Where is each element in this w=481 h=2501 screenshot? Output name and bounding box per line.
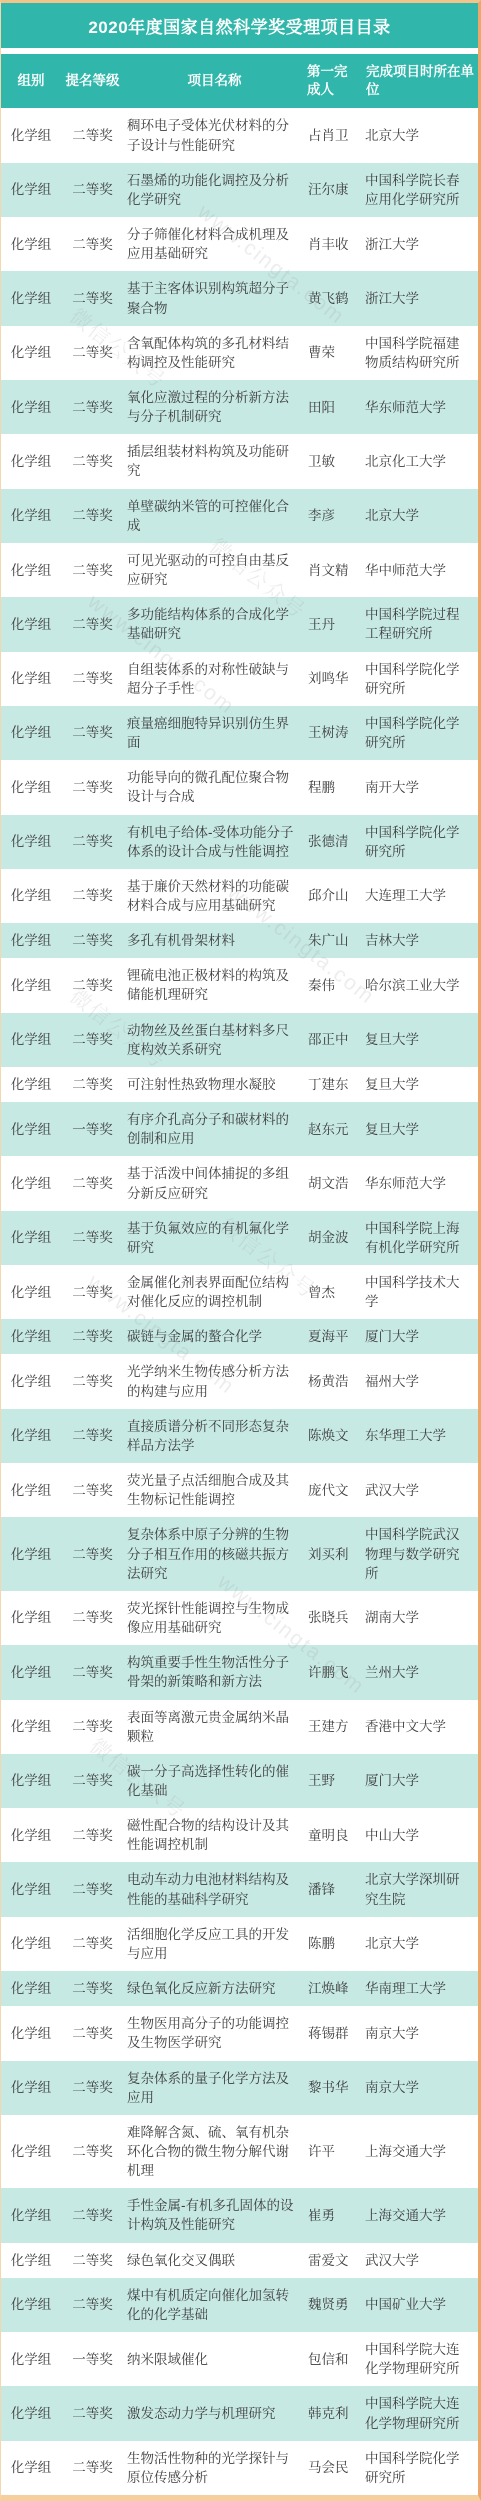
unit-cell: 兰州大学 xyxy=(362,1645,478,1699)
unit-cell: 中国科学院化学研究所 xyxy=(362,706,478,760)
person-cell: 黎书华 xyxy=(305,2061,362,2115)
unit-cell: 武汉大学 xyxy=(362,2243,478,2278)
unit-cell: 中国矿业大学 xyxy=(362,2278,478,2332)
award-cell: 二等奖 xyxy=(61,760,124,814)
project-cell: 可见光驱动的可控自由基反应研究 xyxy=(124,543,305,597)
person-cell: 蒋锡群 xyxy=(305,2006,362,2060)
group-cell: 化学组 xyxy=(1,1971,61,2006)
unit-cell: 中国科学技术大学 xyxy=(362,1265,478,1319)
person-cell: 雷爱文 xyxy=(305,2243,362,2278)
table-row: 化学组 二等奖 难降解含氮、硫、氧有机杂环化合物的微生物分解代谢机理 许平 上海… xyxy=(1,2115,478,2188)
unit-cell: 复旦大学 xyxy=(362,1102,478,1156)
column-header-unit: 完成项目时所在单位 xyxy=(362,54,478,108)
unit-cell: 北京大学 xyxy=(362,489,478,543)
project-cell: 含氧配体构筑的多孔材料结构调控及性能研究 xyxy=(124,326,305,380)
unit-cell: 中国科学院福建物质结构研究所 xyxy=(362,326,478,380)
group-cell: 化学组 xyxy=(1,2061,61,2115)
table-row: 化学组 二等奖 分子筛催化材料合成机理及应用基础研究 肖丰收 浙江大学 xyxy=(1,217,478,271)
unit-cell: 中国科学院过程工程研究所 xyxy=(362,597,478,651)
group-cell: 化学组 xyxy=(1,1067,61,1102)
table-row: 化学组 二等奖 含氧配体构筑的多孔材料结构调控及性能研究 曹荣 中国科学院福建物… xyxy=(1,326,478,380)
unit-cell: 南京大学 xyxy=(362,2006,478,2060)
project-cell: 绿色氧化交叉偶联 xyxy=(124,2243,305,2278)
award-cell: 二等奖 xyxy=(61,652,124,706)
person-cell: 黄飞鹤 xyxy=(305,271,362,325)
table-row: 化学组 二等奖 表面等离激元贵金属纳米晶颗粒 王建方 香港中文大学 xyxy=(1,1700,478,1754)
project-cell: 单壁碳纳米管的可控催化合成 xyxy=(124,489,305,543)
award-cell: 一等奖 xyxy=(61,2332,124,2386)
person-cell: 韩克利 xyxy=(305,2386,362,2440)
group-cell: 化学组 xyxy=(1,217,61,271)
table-row: 化学组 二等奖 生物活性物种的光学探针与原位传感分析 马会民 中国科学院化学研究… xyxy=(1,2441,478,2495)
person-cell: 占肖卫 xyxy=(305,108,362,162)
group-cell: 化学组 xyxy=(1,2243,61,2278)
table-row: 化学组 二等奖 功能导向的微孔配位聚合物设计与合成 程鹏 南开大学 xyxy=(1,760,478,814)
project-cell: 基于负氟效应的有机氟化学研究 xyxy=(124,1211,305,1265)
table-row: 化学组 二等奖 石墨烯的功能化调控及分析化学研究 汪尔康 中国科学院长春应用化学… xyxy=(1,163,478,217)
group-cell: 化学组 xyxy=(1,1102,61,1156)
group-cell: 化学组 xyxy=(1,2006,61,2060)
award-cell: 二等奖 xyxy=(61,1354,124,1408)
unit-cell: 中国科学院化学研究所 xyxy=(362,652,478,706)
unit-cell: 北京大学 xyxy=(362,108,478,162)
unit-cell: 复旦大学 xyxy=(362,1013,478,1067)
column-header-group: 组别 xyxy=(1,54,61,108)
unit-cell: 福州大学 xyxy=(362,1354,478,1408)
group-cell: 化学组 xyxy=(1,1409,61,1463)
person-cell: 童明良 xyxy=(305,1808,362,1862)
award-cell: 二等奖 xyxy=(61,2061,124,2115)
award-cell: 二等奖 xyxy=(61,1211,124,1265)
group-cell: 化学组 xyxy=(1,2278,61,2332)
header-row: 组别 提名等级 项目名称 第一完成人 完成项目时所在单位 xyxy=(1,54,478,108)
person-cell: 庞代文 xyxy=(305,1463,362,1517)
award-cell: 二等奖 xyxy=(61,2441,124,2495)
project-cell: 氧化应激过程的分析新方法与分子机制研究 xyxy=(124,380,305,434)
person-cell: 王树涛 xyxy=(305,706,362,760)
person-cell: 田阳 xyxy=(305,380,362,434)
project-cell: 动物丝及丝蛋白基材料多尺度构效关系研究 xyxy=(124,1013,305,1067)
award-cell: 二等奖 xyxy=(61,597,124,651)
award-cell: 二等奖 xyxy=(61,1265,124,1319)
award-cell: 二等奖 xyxy=(61,1591,124,1645)
project-cell: 有机电子给体-受体功能分子体系的设计合成与性能调控 xyxy=(124,815,305,869)
award-cell: 二等奖 xyxy=(61,1917,124,1971)
project-cell: 多功能结构体系的合成化学基础研究 xyxy=(124,597,305,651)
person-cell: 秦伟 xyxy=(305,958,362,1012)
table-row: 化学组 二等奖 金属催化剂表界面配位结构对催化反应的调控机制 曾杰 中国科学技术… xyxy=(1,1265,478,1319)
unit-cell: 中国科学院上海有机化学研究所 xyxy=(362,1211,478,1265)
group-cell: 化学组 xyxy=(1,1700,61,1754)
table-row: 化学组 二等奖 绿色氧化反应新方法研究 江焕峰 华南理工大学 xyxy=(1,1971,478,2006)
project-cell: 基于活泼中间体捕捉的多组分新反应研究 xyxy=(124,1156,305,1210)
group-cell: 化学组 xyxy=(1,2188,61,2242)
project-cell: 表面等离激元贵金属纳米晶颗粒 xyxy=(124,1700,305,1754)
project-cell: 光学纳米生物传感分析方法的构建与应用 xyxy=(124,1354,305,1408)
group-cell: 化学组 xyxy=(1,108,61,162)
unit-cell: 华中师范大学 xyxy=(362,543,478,597)
unit-cell: 中国科学院大连化学物理研究所 xyxy=(362,2386,478,2440)
unit-cell: 中国科学院武汉物理与数学研究所 xyxy=(362,1517,478,1590)
unit-cell: 香港中文大学 xyxy=(362,1700,478,1754)
award-cell: 二等奖 xyxy=(61,1862,124,1916)
award-cell: 二等奖 xyxy=(61,1409,124,1463)
project-cell: 电动车动力电池材料结构及性能的基础科学研究 xyxy=(124,1862,305,1916)
award-cell: 二等奖 xyxy=(61,1754,124,1808)
table-row: 化学组 二等奖 可见光驱动的可控自由基反应研究 肖文精 华中师范大学 xyxy=(1,543,478,597)
unit-cell: 北京化工大学 xyxy=(362,434,478,488)
unit-cell: 吉林大学 xyxy=(362,923,478,958)
award-cell: 二等奖 xyxy=(61,2278,124,2332)
group-cell: 化学组 xyxy=(1,1463,61,1517)
table-row: 化学组 二等奖 电动车动力电池材料结构及性能的基础科学研究 潘锋 北京大学深圳研… xyxy=(1,1862,478,1916)
unit-cell: 浙江大学 xyxy=(362,271,478,325)
table-row: 化学组 二等奖 磁性配合物的结构设计及其性能调控机制 童明良 中山大学 xyxy=(1,1808,478,1862)
award-cell: 二等奖 xyxy=(61,489,124,543)
unit-cell: 大连理工大学 xyxy=(362,869,478,923)
award-cell: 二等奖 xyxy=(61,2243,124,2278)
person-cell: 杨黄浩 xyxy=(305,1354,362,1408)
project-cell: 碳一分子高选择性转化的催化基础 xyxy=(124,1754,305,1808)
project-cell: 功能导向的微孔配位聚合物设计与合成 xyxy=(124,760,305,814)
person-cell: 崔勇 xyxy=(305,2188,362,2242)
group-cell: 化学组 xyxy=(1,1754,61,1808)
person-cell: 赵东元 xyxy=(305,1102,362,1156)
award-cell: 二等奖 xyxy=(61,1463,124,1517)
group-cell: 化学组 xyxy=(1,597,61,651)
project-cell: 可注射性热致物理水凝胶 xyxy=(124,1067,305,1102)
table-row: 化学组 一等奖 有序介孔高分子和碳材料的创制和应用 赵东元 复旦大学 xyxy=(1,1102,478,1156)
table-row: 化学组 二等奖 可注射性热致物理水凝胶 丁建东 复旦大学 xyxy=(1,1067,478,1102)
unit-cell: 华南理工大学 xyxy=(362,1971,478,2006)
project-cell: 复杂体系中原子分辨的生物分子相互作用的核磁共振方法研究 xyxy=(124,1517,305,1590)
table-row: 化学组 二等奖 煤中有机质定向催化加氢转化的化学基础 魏贤勇 中国矿业大学 xyxy=(1,2278,478,2332)
person-cell: 陈焕文 xyxy=(305,1409,362,1463)
group-cell: 化学组 xyxy=(1,1517,61,1590)
project-cell: 碳链与金属的螯合化学 xyxy=(124,1319,305,1354)
award-cell: 二等奖 xyxy=(61,1700,124,1754)
award-cell: 二等奖 xyxy=(61,326,124,380)
unit-cell: 复旦大学 xyxy=(362,1067,478,1102)
award-cell: 二等奖 xyxy=(61,543,124,597)
project-cell: 荧光量子点活细胞合成及其生物标记性能调控 xyxy=(124,1463,305,1517)
person-cell: 刘买利 xyxy=(305,1517,362,1590)
table-row: 化学组 二等奖 氧化应激过程的分析新方法与分子机制研究 田阳 华东师范大学 xyxy=(1,380,478,434)
person-cell: 朱广山 xyxy=(305,923,362,958)
award-cell: 二等奖 xyxy=(61,380,124,434)
unit-cell: 南京大学 xyxy=(362,2061,478,2115)
group-cell: 化学组 xyxy=(1,652,61,706)
project-cell: 复杂体系的量子化学方法及应用 xyxy=(124,2061,305,2115)
project-cell: 分子筛催化材料合成机理及应用基础研究 xyxy=(124,217,305,271)
group-cell: 化学组 xyxy=(1,271,61,325)
group-cell: 化学组 xyxy=(1,163,61,217)
table-row: 化学组 二等奖 手性金属-有机多孔固体的设计构筑及性能研究 崔勇 上海交通大学 xyxy=(1,2188,478,2242)
award-cell: 二等奖 xyxy=(61,108,124,162)
person-cell: 王建方 xyxy=(305,1700,362,1754)
award-cell: 二等奖 xyxy=(61,815,124,869)
person-cell: 张晓兵 xyxy=(305,1591,362,1645)
unit-cell: 华东师范大学 xyxy=(362,380,478,434)
table-row: 化学组 二等奖 荧光量子点活细胞合成及其生物标记性能调控 庞代文 武汉大学 xyxy=(1,1463,478,1517)
group-cell: 化学组 xyxy=(1,434,61,488)
project-cell: 金属催化剂表界面配位结构对催化反应的调控机制 xyxy=(124,1265,305,1319)
person-cell: 刘鸣华 xyxy=(305,652,362,706)
project-cell: 磁性配合物的结构设计及其性能调控机制 xyxy=(124,1808,305,1862)
table-row: 化学组 二等奖 碳链与金属的螯合化学 夏海平 厦门大学 xyxy=(1,1319,478,1354)
group-cell: 化学组 xyxy=(1,706,61,760)
group-cell: 化学组 xyxy=(1,489,61,543)
table-row: 化学组 二等奖 基于负氟效应的有机氟化学研究 胡金波 中国科学院上海有机化学研究… xyxy=(1,1211,478,1265)
group-cell: 化学组 xyxy=(1,760,61,814)
table-row: 化学组 二等奖 锂硫电池正极材料的构筑及储能机理研究 秦伟 哈尔滨工业大学 xyxy=(1,958,478,1012)
group-cell: 化学组 xyxy=(1,815,61,869)
table-row: 化学组 二等奖 有机电子给体-受体功能分子体系的设计合成与性能调控 张德清 中国… xyxy=(1,815,478,869)
award-cell: 二等奖 xyxy=(61,923,124,958)
column-header-person: 第一完成人 xyxy=(305,54,362,108)
award-cell: 一等奖 xyxy=(61,1102,124,1156)
table-body: 化学组 二等奖 稠环电子受体光伏材料的分子设计与性能研究 占肖卫 北京大学 化学… xyxy=(1,108,478,2495)
award-cell: 二等奖 xyxy=(61,869,124,923)
group-cell: 化学组 xyxy=(1,1211,61,1265)
unit-cell: 中国科学院大连化学物理研究所 xyxy=(362,2332,478,2386)
person-cell: 肖文精 xyxy=(305,543,362,597)
unit-cell: 北京大学深圳研究生院 xyxy=(362,1862,478,1916)
unit-cell: 武汉大学 xyxy=(362,1463,478,1517)
group-cell: 化学组 xyxy=(1,380,61,434)
award-cell: 二等奖 xyxy=(61,2115,124,2188)
unit-cell: 浙江大学 xyxy=(362,217,478,271)
group-cell: 化学组 xyxy=(1,326,61,380)
person-cell: 李彦 xyxy=(305,489,362,543)
person-cell: 魏贤勇 xyxy=(305,2278,362,2332)
table-row: 化学组 二等奖 光学纳米生物传感分析方法的构建与应用 杨黄浩 福州大学 xyxy=(1,1354,478,1408)
award-cell: 二等奖 xyxy=(61,706,124,760)
column-header-project: 项目名称 xyxy=(124,54,305,108)
project-cell: 有序介孔高分子和碳材料的创制和应用 xyxy=(124,1102,305,1156)
person-cell: 许平 xyxy=(305,2115,362,2188)
page: www.cingta.com 微信公众号 微信公众号 www.cingta.co… xyxy=(0,0,481,2501)
project-cell: 构筑重要手性生物活性分子骨架的新策略和新方法 xyxy=(124,1645,305,1699)
group-cell: 化学组 xyxy=(1,1354,61,1408)
project-cell: 激发态动力学与机理研究 xyxy=(124,2386,305,2440)
project-cell: 难降解含氮、硫、氧有机杂环化合物的微生物分解代谢机理 xyxy=(124,2115,305,2188)
person-cell: 潘锋 xyxy=(305,1862,362,1916)
table-row: 化学组 二等奖 基于廉价天然材料的功能碳材料合成与应用基础研究 邱介山 大连理工… xyxy=(1,869,478,923)
table-row: 化学组 二等奖 多功能结构体系的合成化学基础研究 王丹 中国科学院过程工程研究所 xyxy=(1,597,478,651)
project-cell: 荧光探针性能调控与生物成像应用基础研究 xyxy=(124,1591,305,1645)
award-cell: 二等奖 xyxy=(61,1156,124,1210)
person-cell: 包信和 xyxy=(305,2332,362,2386)
unit-cell: 上海交通大学 xyxy=(362,2115,478,2188)
award-cell: 二等奖 xyxy=(61,1517,124,1590)
group-cell: 化学组 xyxy=(1,1319,61,1354)
project-cell: 生物医用高分子的功能调控及生物医学研究 xyxy=(124,2006,305,2060)
table-row: 化学组 二等奖 自组装体系的对称性破缺与超分子手性 刘鸣华 中国科学院化学研究所 xyxy=(1,652,478,706)
person-cell: 江焕峰 xyxy=(305,1971,362,2006)
unit-cell: 哈尔滨工业大学 xyxy=(362,958,478,1012)
group-cell: 化学组 xyxy=(1,2115,61,2188)
project-cell: 基于主客体识别构筑超分子聚合物 xyxy=(124,271,305,325)
person-cell: 卫敏 xyxy=(305,434,362,488)
project-cell: 手性金属-有机多孔固体的设计构筑及性能研究 xyxy=(124,2188,305,2242)
group-cell: 化学组 xyxy=(1,543,61,597)
unit-cell: 北京大学 xyxy=(362,1917,478,1971)
person-cell: 邵正中 xyxy=(305,1013,362,1067)
group-cell: 化学组 xyxy=(1,923,61,958)
person-cell: 张德清 xyxy=(305,815,362,869)
project-cell: 基于廉价天然材料的功能碳材料合成与应用基础研究 xyxy=(124,869,305,923)
person-cell: 程鹏 xyxy=(305,760,362,814)
award-cell: 二等奖 xyxy=(61,217,124,271)
project-cell: 痕量癌细胞特异识别仿生界面 xyxy=(124,706,305,760)
table-row: 化学组 二等奖 直接质谱分析不同形态复杂样品方法学 陈焕文 东华理工大学 xyxy=(1,1409,478,1463)
unit-cell: 上海交通大学 xyxy=(362,2188,478,2242)
person-cell: 陈鹏 xyxy=(305,1917,362,1971)
award-cell: 二等奖 xyxy=(61,1808,124,1862)
person-cell: 邱介山 xyxy=(305,869,362,923)
awards-table: 组别 提名等级 项目名称 第一完成人 完成项目时所在单位 化学组 二等奖 稠环电… xyxy=(1,54,478,2495)
person-cell: 王丹 xyxy=(305,597,362,651)
award-cell: 二等奖 xyxy=(61,2188,124,2242)
table-row: 化学组 二等奖 基于主客体识别构筑超分子聚合物 黄飞鹤 浙江大学 xyxy=(1,271,478,325)
table-row: 化学组 二等奖 绿色氧化交叉偶联 雷爱文 武汉大学 xyxy=(1,2243,478,2278)
project-cell: 绿色氧化反应新方法研究 xyxy=(124,1971,305,2006)
award-cell: 二等奖 xyxy=(61,163,124,217)
table-header: 组别 提名等级 项目名称 第一完成人 完成项目时所在单位 xyxy=(1,54,478,108)
unit-cell: 南开大学 xyxy=(362,760,478,814)
project-cell: 活细胞化学反应工具的开发与应用 xyxy=(124,1917,305,1971)
group-cell: 化学组 xyxy=(1,1591,61,1645)
table-row: 化学组 二等奖 荧光探针性能调控与生物成像应用基础研究 张晓兵 湖南大学 xyxy=(1,1591,478,1645)
project-cell: 自组装体系的对称性破缺与超分子手性 xyxy=(124,652,305,706)
person-cell: 肖丰收 xyxy=(305,217,362,271)
unit-cell: 东华理工大学 xyxy=(362,1409,478,1463)
award-cell: 二等奖 xyxy=(61,434,124,488)
award-cell: 二等奖 xyxy=(61,2006,124,2060)
page-title: 2020年度国家自然科学奖受理项目目录 xyxy=(88,18,390,37)
group-cell: 化学组 xyxy=(1,2386,61,2440)
award-cell: 二等奖 xyxy=(61,1645,124,1699)
unit-cell: 中国科学院化学研究所 xyxy=(362,2441,478,2495)
table-row: 化学组 二等奖 多孔有机骨架材料 朱广山 吉林大学 xyxy=(1,923,478,958)
person-cell: 曹荣 xyxy=(305,326,362,380)
award-cell: 二等奖 xyxy=(61,1067,124,1102)
table-row: 化学组 二等奖 复杂体系中原子分辨的生物分子相互作用的核磁共振方法研究 刘买利 … xyxy=(1,1517,478,1590)
project-cell: 稠环电子受体光伏材料的分子设计与性能研究 xyxy=(124,108,305,162)
award-cell: 二等奖 xyxy=(61,1971,124,2006)
table-row: 化学组 二等奖 活细胞化学反应工具的开发与应用 陈鹏 北京大学 xyxy=(1,1917,478,1971)
group-cell: 化学组 xyxy=(1,1156,61,1210)
unit-cell: 华东师范大学 xyxy=(362,1156,478,1210)
group-cell: 化学组 xyxy=(1,1917,61,1971)
group-cell: 化学组 xyxy=(1,1862,61,1916)
person-cell: 胡文浩 xyxy=(305,1156,362,1210)
award-cell: 二等奖 xyxy=(61,271,124,325)
person-cell: 胡金波 xyxy=(305,1211,362,1265)
award-cell: 二等奖 xyxy=(61,958,124,1012)
person-cell: 夏海平 xyxy=(305,1319,362,1354)
group-cell: 化学组 xyxy=(1,1808,61,1862)
group-cell: 化学组 xyxy=(1,2441,61,2495)
table-row: 化学组 二等奖 基于活泼中间体捕捉的多组分新反应研究 胡文浩 华东师范大学 xyxy=(1,1156,478,1210)
unit-cell: 厦门大学 xyxy=(362,1319,478,1354)
person-cell: 汪尔康 xyxy=(305,163,362,217)
table-row: 化学组 二等奖 碳一分子高选择性转化的催化基础 王野 厦门大学 xyxy=(1,1754,478,1808)
person-cell: 丁建东 xyxy=(305,1067,362,1102)
project-cell: 直接质谱分析不同形态复杂样品方法学 xyxy=(124,1409,305,1463)
project-cell: 多孔有机骨架材料 xyxy=(124,923,305,958)
project-cell: 锂硫电池正极材料的构筑及储能机理研究 xyxy=(124,958,305,1012)
project-cell: 煤中有机质定向催化加氢转化的化学基础 xyxy=(124,2278,305,2332)
award-cell: 二等奖 xyxy=(61,1013,124,1067)
person-cell: 马会民 xyxy=(305,2441,362,2495)
group-cell: 化学组 xyxy=(1,958,61,1012)
table-row: 化学组 二等奖 动物丝及丝蛋白基材料多尺度构效关系研究 邵正中 复旦大学 xyxy=(1,1013,478,1067)
unit-cell: 中山大学 xyxy=(362,1808,478,1862)
project-cell: 石墨烯的功能化调控及分析化学研究 xyxy=(124,163,305,217)
table-row: 化学组 二等奖 激发态动力学与机理研究 韩克利 中国科学院大连化学物理研究所 xyxy=(1,2386,478,2440)
unit-cell: 中国科学院长春应用化学研究所 xyxy=(362,163,478,217)
project-cell: 纳米限域催化 xyxy=(124,2332,305,2386)
title-bar: 2020年度国家自然科学奖受理项目目录 xyxy=(1,3,478,48)
project-cell: 插层组装材料构筑及功能研究 xyxy=(124,434,305,488)
award-cell: 二等奖 xyxy=(61,1319,124,1354)
unit-cell: 湖南大学 xyxy=(362,1591,478,1645)
person-cell: 曾杰 xyxy=(305,1265,362,1319)
person-cell: 王野 xyxy=(305,1754,362,1808)
unit-cell: 厦门大学 xyxy=(362,1754,478,1808)
group-cell: 化学组 xyxy=(1,2332,61,2386)
table-row: 化学组 二等奖 插层组装材料构筑及功能研究 卫敏 北京化工大学 xyxy=(1,434,478,488)
table-row: 化学组 一等奖 纳米限域催化 包信和 中国科学院大连化学物理研究所 xyxy=(1,2332,478,2386)
group-cell: 化学组 xyxy=(1,1013,61,1067)
table-row: 化学组 二等奖 复杂体系的量子化学方法及应用 黎书华 南京大学 xyxy=(1,2061,478,2115)
table-row: 化学组 二等奖 痕量癌细胞特异识别仿生界面 王树涛 中国科学院化学研究所 xyxy=(1,706,478,760)
person-cell: 许鹏飞 xyxy=(305,1645,362,1699)
award-cell: 二等奖 xyxy=(61,2386,124,2440)
column-header-award: 提名等级 xyxy=(61,54,124,108)
table-row: 化学组 二等奖 单壁碳纳米管的可控催化合成 李彦 北京大学 xyxy=(1,489,478,543)
group-cell: 化学组 xyxy=(1,1265,61,1319)
project-cell: 生物活性物种的光学探针与原位传感分析 xyxy=(124,2441,305,2495)
group-cell: 化学组 xyxy=(1,869,61,923)
table-row: 化学组 二等奖 生物医用高分子的功能调控及生物医学研究 蒋锡群 南京大学 xyxy=(1,2006,478,2060)
table-row: 化学组 二等奖 稠环电子受体光伏材料的分子设计与性能研究 占肖卫 北京大学 xyxy=(1,108,478,162)
table-row: 化学组 二等奖 构筑重要手性生物活性分子骨架的新策略和新方法 许鹏飞 兰州大学 xyxy=(1,1645,478,1699)
unit-cell: 中国科学院化学研究所 xyxy=(362,815,478,869)
group-cell: 化学组 xyxy=(1,1645,61,1699)
